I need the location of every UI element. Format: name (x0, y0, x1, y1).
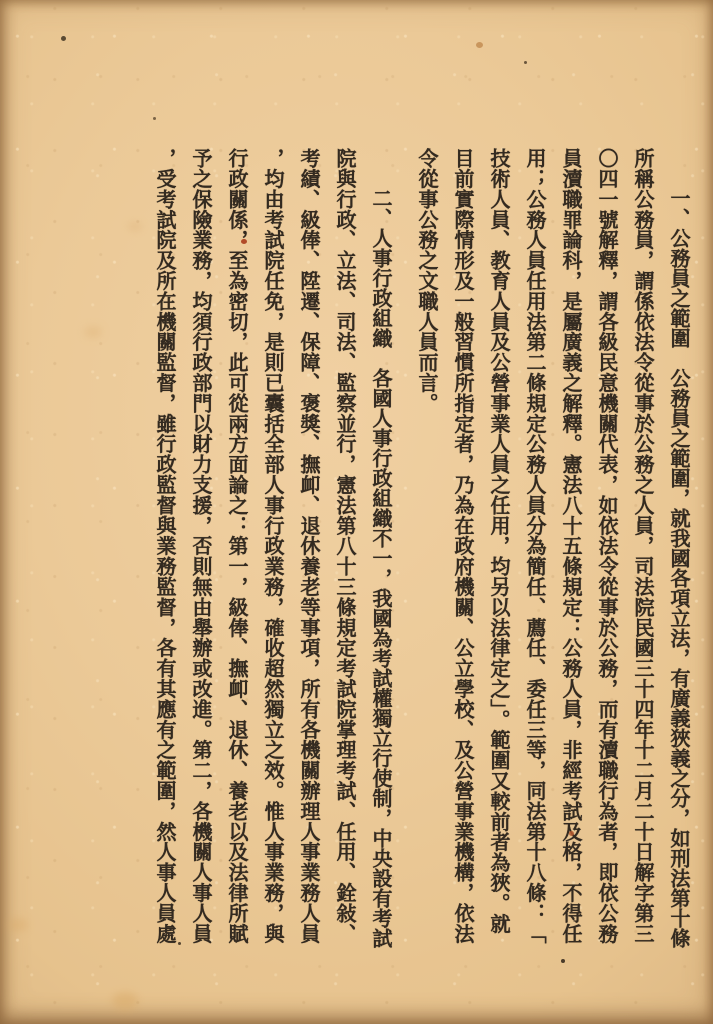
section-2-column-2: 院與行政、立法、司法、監察並行，憲法第八十三條規定考試院掌理考試、任用、銓敍、 (327, 148, 363, 948)
scanned-page: 一、公務員之範圍 公務員之範圍，就我國各項立法，有廣義狹義之分，如刑法第十條 所… (0, 0, 713, 1024)
section-1-heading-column: 一、公務員之範圍 公務員之範圍，就我國各項立法，有廣義狹義之分，如刑法第十條 (661, 148, 697, 948)
section-2-column-3: 考績、級俸、陞遷、保障、褒獎、撫卹、退休養老等事項，所有各機關辦理人事業務人員 (291, 148, 327, 948)
ink-speck (524, 61, 527, 64)
section-2-column-6: 予之保險業務，均須行政部門以財力支援，否則無由舉辦或改進。第二，各機關人事人員 (183, 148, 219, 948)
ink-speck (561, 959, 565, 963)
section-2-heading-column: 二、人事行政組織 各國人事行政組織不一，我國為考試權獨立行使制，中央設有考試 (363, 148, 399, 948)
paper-stain (8, 918, 28, 932)
section-1-column-8: 令從事公務之文職人員而言。 (409, 148, 445, 948)
section-2-column-4: ，均由考試院任免，是則已囊括全部人事行政業務，確收超然獨立之效。惟人事業務，與 (255, 148, 291, 948)
section-1-column-3: 〇四一號解釋，謂各級民意機關代表，如依法令從事於公務，而有瀆職行為者，即依公務 (589, 148, 625, 948)
paper-stain (84, 326, 102, 338)
ink-speck (61, 36, 66, 41)
section-1-column-6: 技術人員、教育人員及公營事業人員之任用，均另以法律定之」。範圍又較前者為狹。就 (481, 148, 517, 948)
section-1-column-4: 員瀆職罪論科，是屬廣義之解釋。憲法八十五條規定：公務人員，非經考試及格，不得任 (553, 148, 589, 948)
ink-speck (153, 117, 156, 120)
section-1-column-2: 所稱公務員，謂係依法令從事於公務之人員，司法院民國三十四年十二月二十日解字第三 (625, 148, 661, 948)
section-1-column-5: 用；公務人員任用法第二條規定公務人員分為簡任、薦任、委任三等，同法第十八條：「 (517, 148, 553, 948)
section-2-column-5: 行政關係，至為密切，此可從兩方面論之：第一，級俸、撫卹、退休、養老以及法律所賦 (219, 148, 255, 948)
paper-stain (112, 992, 138, 1010)
vertical-text-block: 一、公務員之範圍 公務員之範圍，就我國各項立法，有廣義狹義之分，如刑法第十條 所… (147, 148, 697, 948)
ink-speck (476, 42, 483, 48)
paper-stain (128, 222, 142, 231)
section-1-column-7: 目前實際情形及一般習慣所指定者，乃為在政府機關、公立學校、及公營事業機構，依法 (445, 148, 481, 948)
section-2-column-7: ，受考試院及所在機關監督，雖行政監督與業務監督，各有其應有之範圍，然人事人員處 (147, 148, 183, 948)
